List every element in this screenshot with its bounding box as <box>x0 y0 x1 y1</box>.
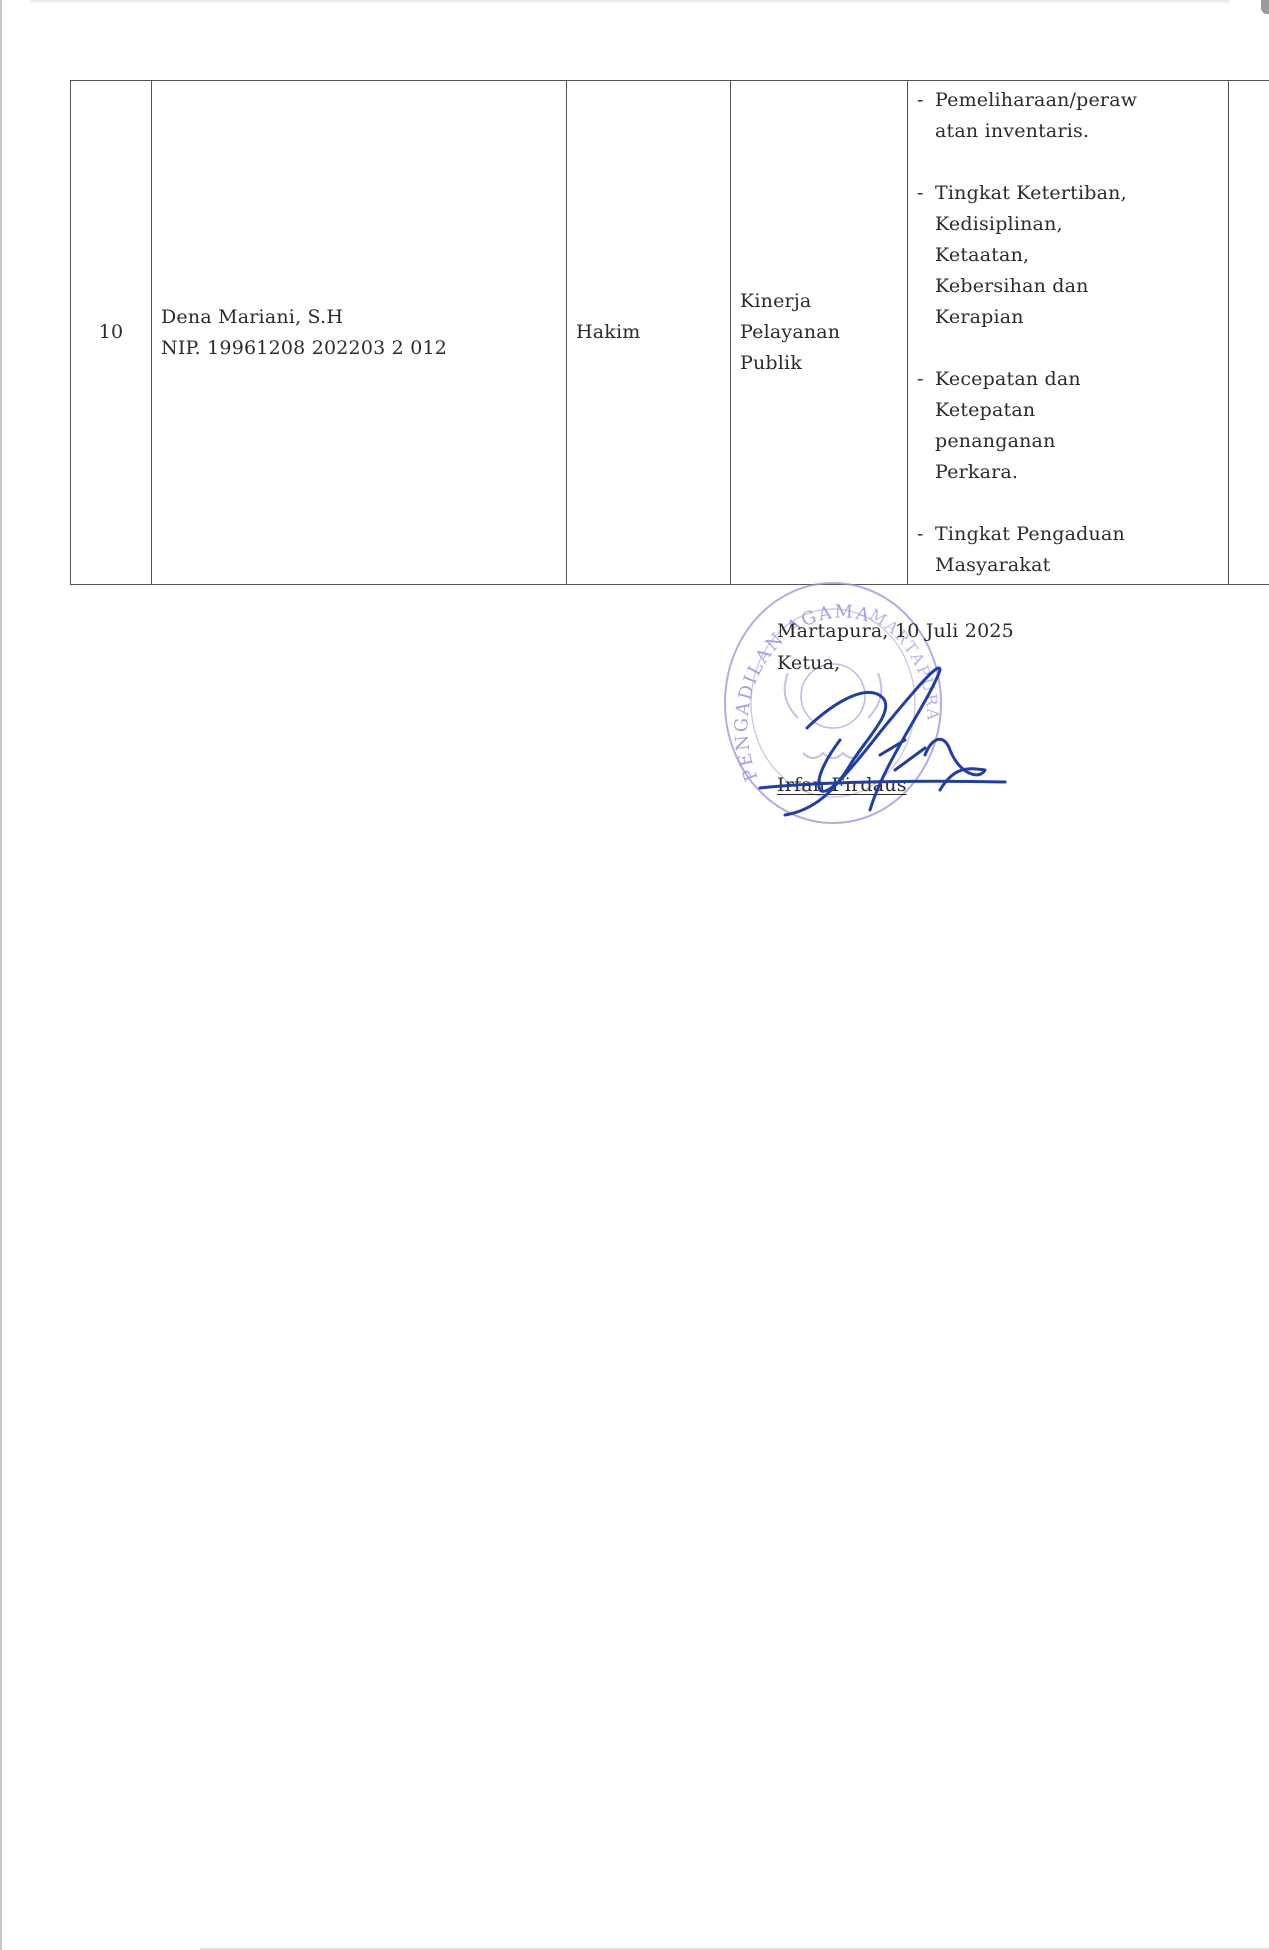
indicator-item: - Tingkat Ketertiban, Kedisiplinan, Keta… <box>917 178 1219 333</box>
remarks-cell <box>1229 81 1269 585</box>
performance-line: Publik <box>740 348 898 379</box>
position-cell: Hakim <box>567 81 731 585</box>
indicator-cell: - Pemeliharaan/peraw atan inventaris. - … <box>908 81 1229 585</box>
indicator-text: Pemeliharaan/peraw atan inventaris. <box>935 85 1219 147</box>
indicator-item: - Kecepatan dan Ketepatan penanganan Per… <box>917 364 1219 488</box>
performance-cell: Kinerja Pelayanan Publik <box>731 81 908 585</box>
scan-edge-left <box>0 0 2 1950</box>
row-number: 10 <box>71 81 152 585</box>
indicator-line: Perkara. <box>935 457 1219 488</box>
indicator-line: Kecepatan dan <box>935 364 1219 395</box>
indicator-item: - Tingkat Pengaduan Masyarakat <box>917 519 1219 581</box>
handwritten-signature-icon <box>755 640 1010 820</box>
indicator-line: penanganan <box>935 426 1219 457</box>
indicator-line: Tingkat Pengaduan <box>935 519 1219 550</box>
table-row: 10 Dena Mariani, S.H NIP. 19961208 20220… <box>71 81 1269 585</box>
bullet-dash: - <box>917 364 935 488</box>
employee-nip: NIP. 19961208 202203 2 012 <box>161 333 557 364</box>
bullet-dash: - <box>917 178 935 333</box>
indicator-line: Masyarakat <box>935 550 1219 581</box>
employee-cell: Dena Mariani, S.H NIP. 19961208 202203 2… <box>152 81 567 585</box>
indicator-line: Ketepatan <box>935 395 1219 426</box>
indicator-line: Ketaatan, <box>935 240 1219 271</box>
bullet-dash: - <box>917 85 935 147</box>
performance-line: Kinerja <box>740 286 898 317</box>
indicator-item: - Pemeliharaan/peraw atan inventaris. <box>917 85 1219 147</box>
performance-table: 10 Dena Mariani, S.H NIP. 19961208 20220… <box>70 80 1269 585</box>
indicator-text: Tingkat Pengaduan Masyarakat <box>935 519 1219 581</box>
indicator-line: Pemeliharaan/peraw <box>935 85 1219 116</box>
indicator-line: Kedisiplinan, <box>935 209 1219 240</box>
indicator-line: Kebersihan dan <box>935 271 1219 302</box>
indicator-text: Tingkat Ketertiban, Kedisiplinan, Ketaat… <box>935 178 1219 333</box>
performance-line: Pelayanan <box>740 317 898 348</box>
employee-name: Dena Mariani, S.H <box>161 302 557 333</box>
indicator-line: Kerapian <box>935 302 1219 333</box>
scan-corner-fold <box>1261 0 1269 14</box>
indicator-line: atan inventaris. <box>935 116 1219 147</box>
indicator-line: Tingkat Ketertiban, <box>935 178 1219 209</box>
bullet-dash: - <box>917 519 935 581</box>
scan-edge-top <box>30 0 1229 4</box>
indicator-text: Kecepatan dan Ketepatan penanganan Perka… <box>935 364 1219 488</box>
